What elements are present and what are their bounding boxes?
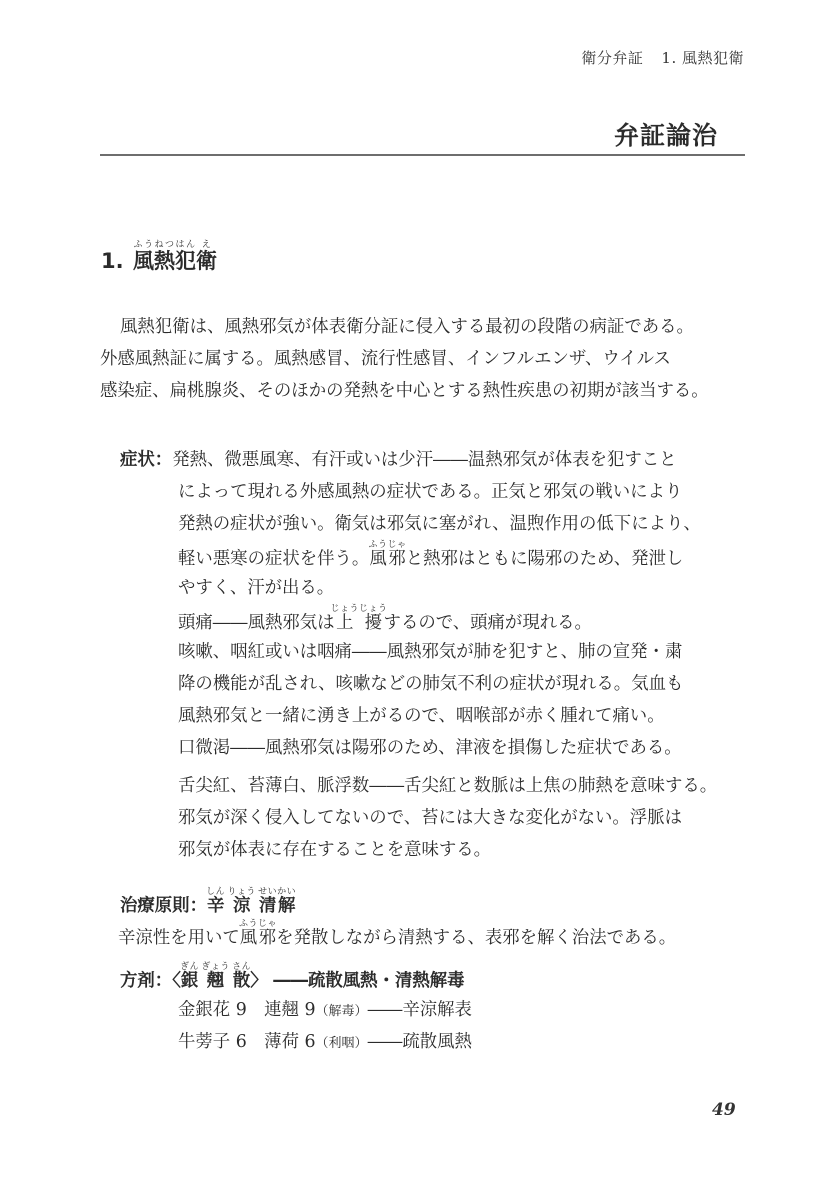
symptom-thirst: 口微渇――風熱邪気は陽邪のため、津液を損傷した症状である。 [120,732,760,764]
heading: 1.風ふう熱ねつ犯はん衛え [101,240,217,275]
formula-row: 牛蒡子 6 薄荷 6（利咽）――疏散風熱 [120,1026,760,1058]
intro-paragraph: 風熱犯衛は、風熱邪気が体表衛分証に侵入する最初の段階の病証である。 外感風熱証に… [100,311,760,407]
symptoms-text: 発熱、微悪風寒、有汗或いは少汗――温熱邪気が体表を犯すこと [172,450,676,470]
principle-name: 辛しん 涼りょう 清せい解かい [207,896,296,916]
symptoms-text: やすく、汗が出る。 [120,572,760,604]
intro-line: 風熱犯衛は、風熱邪気が体表衛分証に侵入する最初の段階の病証である。 [100,311,760,343]
symptom-headache: 頭痛――風熱邪気は上じょう 擾じょうするので、頭痛が現れる。 [120,604,760,636]
symptoms-text: によって現れる外感風熱の症状である。正気と邪気の戦いにより [120,476,760,508]
symptoms-text: 邪気が体表に存在することを意味する。 [120,834,760,866]
symptoms-block: 症状：発熱、微悪風寒、有汗或いは少汗――温熱邪気が体表を犯すこと によって現れる… [120,444,760,866]
ruby-fuja: 風邪ふうじゃ [240,928,276,948]
formula-name: 〈銀ぎん 翹ぎょう 散さん〉 [172,971,268,991]
running-head-chapter: 衛分弁証 [581,49,643,67]
intro-line: 感染症、扁桃腺炎、そのほかの発熱を中心とする熱性疾患の初期が該当する。 [100,375,760,407]
principle-block: 治療原則：辛しん 涼りょう 清せい解かい 辛涼性を用いて風邪ふうじゃを発散しなが… [120,887,760,951]
symptom-tongue-pulse: 舌尖紅、苔薄白、脈浮数――舌尖紅と数脈は上焦の肺熱を意味する。 [120,770,760,802]
section-rule [100,154,745,156]
symptoms-text: 降の機能が乱され、咳嗽などの肺気不利の症状が現れる。気血も [120,668,760,700]
heading-title: 風ふう熱ねつ犯はん衛え [133,249,217,273]
formula-effect: ――疏散風熱・清熱解毒 [273,971,464,991]
running-head-section: 1. 風熱犯衛 [661,49,744,67]
symptoms-text: 発熱の症状が強い。衛気は邪気に塞がれ、温煦作用の低下により、 [120,508,760,540]
page-number: 49 [712,1100,736,1120]
principle-description: 辛涼性を用いて風邪ふうじゃを発散しながら清熱する、表邪を解く治法である。 [118,919,760,951]
symptoms-text: 軽い悪寒の症状を伴う。風邪ふうじゃと熱邪はともに陽邪のため、発泄し [120,540,760,572]
symptoms-text: 邪気が深く侵入してないので、苔には大きな変化がない。浮脈は [120,802,760,834]
heading-number: 1. [101,249,133,273]
formula-label: 方剤： [120,971,172,991]
symptoms-label: 症状： [120,450,172,470]
principle-label: 治療原則： [120,896,207,916]
symptom-cough: 咳嗽、咽紅或いは咽痛――風熱邪気が肺を犯すと、肺の宣発・粛 [120,636,760,668]
formula-row: 金銀花 9 連翹 9（解毒）――辛涼解表 [120,994,760,1026]
ruby-jou: 上じょう [335,613,357,633]
intro-line: 外感風熱証に属する。風熱感冒、流行性感冒、インフルエンザ、ウイルス [100,343,760,375]
running-head: 衛分弁証1. 風熱犯衛 [581,47,744,68]
ruby-fuja: 風邪ふうじゃ [369,549,405,569]
formula-block: 方剤：〈銀ぎん 翹ぎょう 散さん〉 ――疏散風熱・清熱解毒 金銀花 9 連翹 9… [120,962,760,1058]
section-title: 弁証論治 [614,116,718,152]
ruby-jou2: 擾じょう [362,613,384,633]
symptoms-text: 風熱邪気と一緒に湧き上がるので、咽喉部が赤く腫れて痛い。 [120,700,760,732]
